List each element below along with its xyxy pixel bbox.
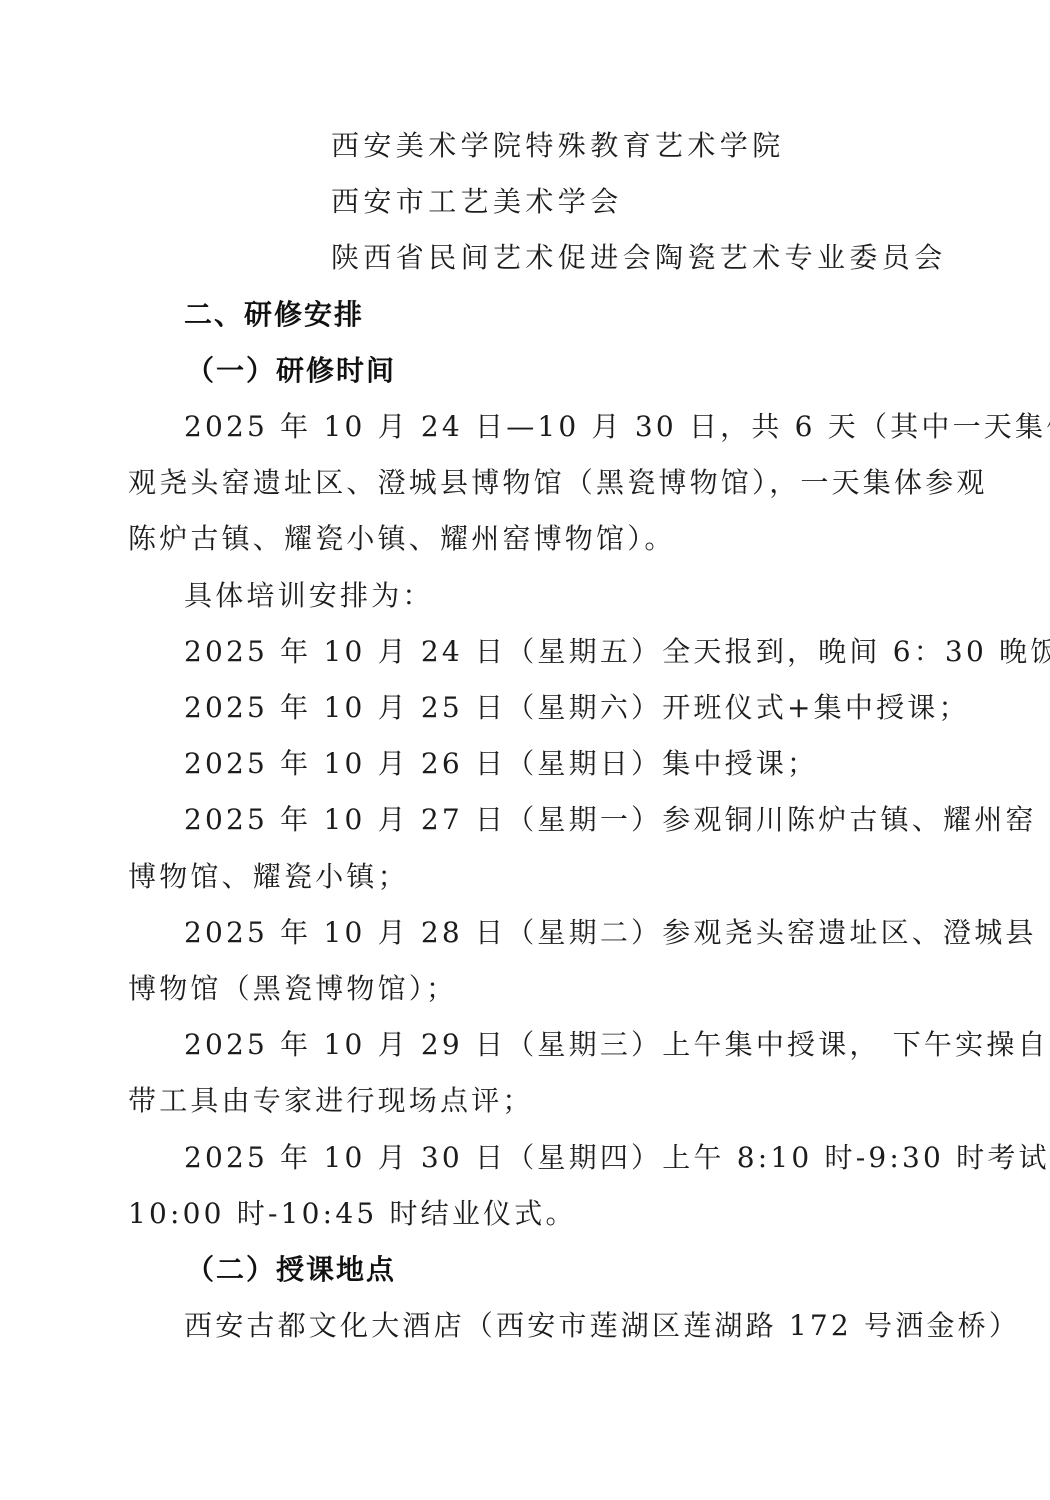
schedule-item: 2025 年 10 月 24 日（星期五）全天报到，晚间 6：30 晚饭； (184, 632, 1050, 672)
schedule-item: 2025 年 10 月 27 日（星期一）参观铜川陈炉古镇、耀州窑 (184, 800, 1037, 840)
schedule-item-continued: 带工具由专家进行现场点评； (128, 1081, 534, 1121)
document-page: 西安美术学院特殊教育艺术学院 西安市工艺美术学会 陕西省民间艺术促进会陶瓷艺术专… (0, 0, 1050, 1500)
schedule-item: 2025 年 10 月 29 日（星期三）上午集中授课， 下午实操自 (184, 1025, 1049, 1065)
organizer-name: 西安美术学院特殊教育艺术学院 (331, 126, 785, 166)
paragraph-line: 陈炉古镇、耀瓷小镇、耀州窑博物馆）。 (128, 519, 676, 559)
schedule-item-continued: 10:00 时-10:45 时结业仪式。 (128, 1194, 577, 1234)
schedule-item-continued: 博物馆、耀瓷小镇； (128, 857, 409, 897)
paragraph-line: 2025 年 10 月 24 日—10 月 30 日，共 6 天（其中一天集体参 (184, 407, 1050, 447)
schedule-item: 2025 年 10 月 28 日（星期二）参观尧头窑遗址区、澄城县 (184, 913, 1037, 953)
subsection-heading: （二）授课地点 (186, 1250, 396, 1290)
schedule-item: 2025 年 10 月 26 日（星期日）集中授课； (184, 744, 818, 784)
organizer-name: 陕西省民间艺术促进会陶瓷艺术专业委员会 (331, 238, 947, 278)
schedule-item-continued: 博物馆（黑瓷博物馆）； (128, 969, 457, 1009)
schedule-intro: 具体培训安排为： (184, 576, 434, 616)
organizer-name: 西安市工艺美术学会 (331, 182, 623, 222)
subsection-heading: （一）研修时间 (186, 351, 396, 391)
schedule-item: 2025 年 10 月 25 日（星期六）开班仪式+集中授课； (184, 688, 970, 728)
schedule-item: 2025 年 10 月 30 日（星期四）上午 8:10 时-9:30 时考试， (184, 1138, 1050, 1178)
paragraph-line: 观尧头窑遗址区、澄城县博物馆（黑瓷博物馆），一天集体参观 (128, 463, 988, 503)
location-text: 西安古都文化大酒店（西安市莲湖区莲湖路 172 号洒金桥） (184, 1306, 1020, 1346)
section-heading: 二、研修安排 (184, 295, 364, 335)
